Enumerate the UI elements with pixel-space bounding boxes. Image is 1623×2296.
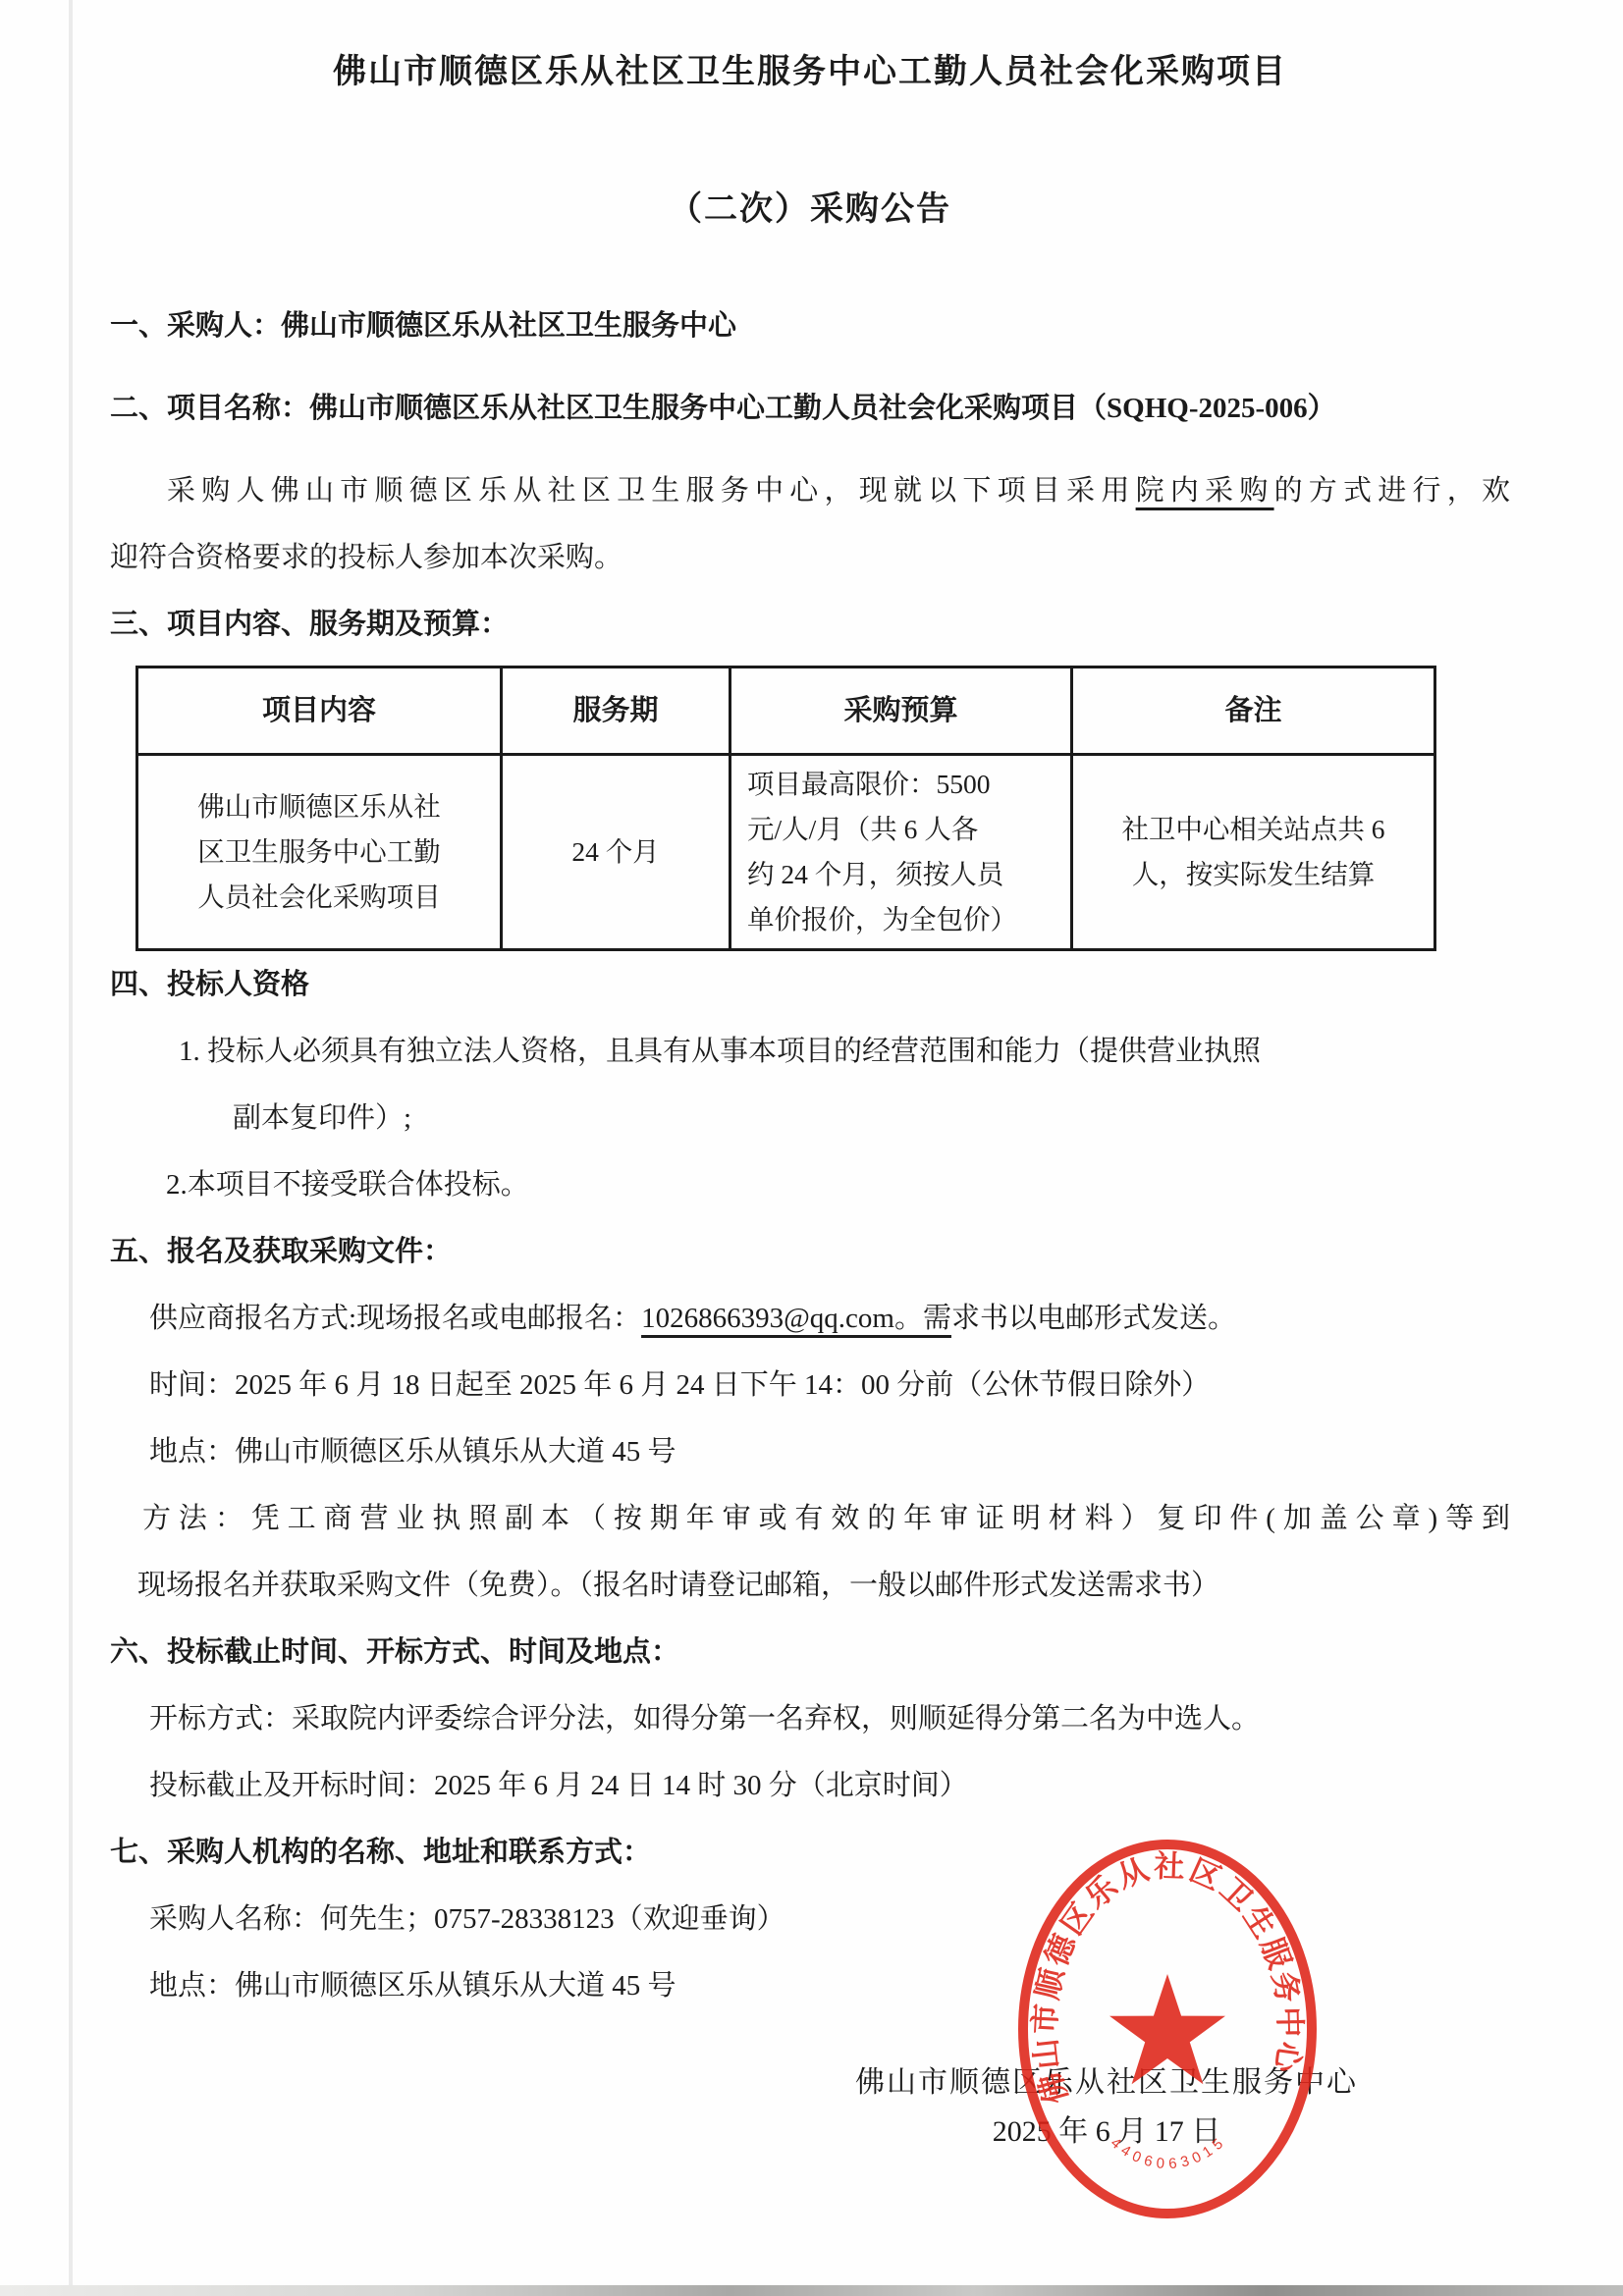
document-page: 佛山市顺德区乐从社区卫生服务中心工勤人员社会化采购项目 （二次）采购公告 一、采… (0, 0, 1623, 2296)
intro-paragraph-line2: 迎符合资格要求的投标人参加本次采购。 (110, 524, 1510, 591)
cell-project-content: 佛山市顺德区乐从社 区卫生服务中心工勤 人员社会化采购项目 (137, 755, 502, 950)
section-4-heading: 四、投标人资格 (110, 951, 1510, 1018)
bid-deadline-line: 投标截止及开标时间：2025 年 6 月 24 日 14 时 30 分（北京时间… (110, 1752, 1510, 1819)
apply-method-detail-line2: 现场报名并获取采购文件（免费）。（报名时请登记邮箱，一般以邮件形式发送需求书） (110, 1552, 1510, 1619)
cell-budget: 项目最高限价：5500 元/人/月（共 6 人各 约 24 个月，须按人员 单价… (730, 755, 1072, 950)
section-1-heading: 一、采购人：佛山市顺德区乐从社区卫生服务中心 (110, 293, 1510, 359)
cell-note: 社卫中心相关站点共 6 人，按实际发生结算 (1072, 755, 1435, 950)
project-table: 项目内容 服务期 采购预算 备注 佛山市顺德区乐从社 区卫生服务中心工勤 人员社… (135, 666, 1436, 951)
section-2-heading: 二、项目名称：佛山市顺德区乐从社区卫生服务中心工勤人员社会化采购项目（SQHQ-… (110, 375, 1510, 442)
apply-place-line: 地点：佛山市顺德区乐从镇乐从大道 45 号 (110, 1418, 1510, 1485)
scan-artifact-left (69, 0, 73, 2296)
section-2-label: 二、项目名称： (110, 393, 309, 424)
seal-star-icon (1109, 1974, 1225, 2084)
scan-artifact-bottom (0, 2285, 1623, 2296)
document-content: 佛山市顺德区乐从社区卫生服务中心工勤人员社会化采购项目 （二次）采购公告 一、采… (0, 0, 1623, 2157)
bid-opening-method-line: 开标方式：采取院内评委综合评分法，如得分第一名弃权，则顺延得分第二名为中选人。 (110, 1685, 1510, 1752)
qualification-item-1-line2: 副本复印件）; (110, 1085, 1510, 1151)
table-row: 佛山市顺德区乐从社 区卫生服务中心工勤 人员社会化采购项目 24 个月 项目最高… (137, 755, 1435, 950)
intro-text-post: 的方式进行，欢 (1274, 475, 1510, 507)
cell-service-period: 24 个月 (502, 755, 730, 950)
apply-method-rest: 求书以电邮形式发送。 (951, 1303, 1236, 1334)
section-6-heading: 六、投标截止时间、开标方式、时间及地点： (110, 1619, 1510, 1685)
qualification-item-2: 2.本项目不接受联合体投标。 (110, 1151, 1510, 1218)
table-header-row: 项目内容 服务期 采购预算 备注 (137, 667, 1435, 755)
apply-method-label: 供应商报名方式:现场报名或电邮报名： (149, 1303, 641, 1334)
col-header-period: 服务期 (502, 667, 730, 755)
apply-method-detail-line1: 方法：凭工商营业执照副本（按期年审或有效的年审证明材料）复印件(加盖公章)等到 (110, 1485, 1510, 1552)
apply-time-line: 时间：2025 年 6 月 18 日起至 2025 年 6 月 24 日下午 1… (110, 1352, 1510, 1418)
col-header-content: 项目内容 (137, 667, 502, 755)
col-header-note: 备注 (1072, 667, 1435, 755)
section-3-heading: 三、项目内容、服务期及预算： (110, 591, 1510, 658)
apply-method-line: 供应商报名方式:现场报名或电邮报名：1026866393@qq.com。需求书以… (110, 1285, 1510, 1352)
intro-paragraph-line1: 采购人佛山市顺德区乐从社区卫生服务中心，现就以下项目采用院内采购的方式进行，欢 (110, 457, 1510, 524)
apply-email: 1026866393@qq.com。需 (641, 1303, 951, 1334)
project-name: 佛山市顺德区乐从社区卫生服务中心工勤人员社会化采购项目（SQHQ-2025-00… (309, 393, 1336, 424)
col-header-budget: 采购预算 (730, 667, 1072, 755)
intro-underlined-term: 院内采购 (1136, 475, 1274, 507)
official-seal: 佛山市顺德区乐从社区卫生服务中心 4406063015663 (1009, 1834, 1325, 2224)
intro-text-pre: 采购人佛山市顺德区乐从社区卫生服务中心，现就以下项目采用 (167, 475, 1136, 507)
section-1-label: 一、采购人： (110, 310, 281, 342)
section-5-heading: 五、报名及获取采购文件： (110, 1218, 1510, 1285)
doc-title: 佛山市顺德区乐从社区卫生服务中心工勤人员社会化采购项目 (110, 51, 1510, 94)
qualification-item-1-line1: 1. 投标人必须具有独立法人资格，且具有从事本项目的经营范围和能力（提供营业执照 (110, 1018, 1510, 1085)
doc-subtitle: （二次）采购公告 (110, 188, 1510, 232)
buyer-name: 佛山市顺德区乐从社区卫生服务中心 (281, 310, 736, 342)
